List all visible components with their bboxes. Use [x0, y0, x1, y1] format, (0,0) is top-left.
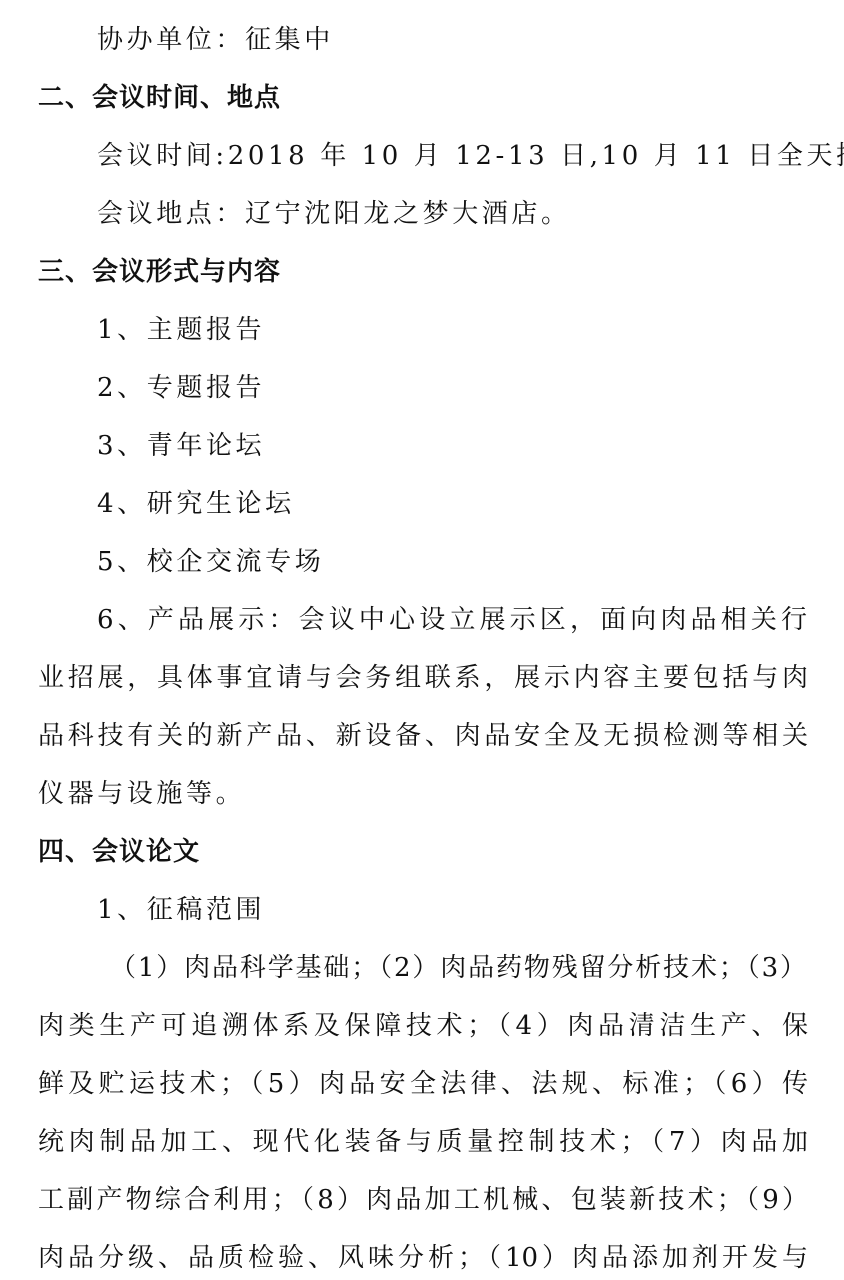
section-heading-time-venue: 二、会议时间、地点	[0, 78, 844, 118]
papers-subheading-scope: 1、征稿范围	[0, 890, 844, 930]
scope-line-6: 肉品分级、品质检验、风味分析；（10）肉品添加剂开发与	[0, 1238, 844, 1278]
format-item-3: 3、青年论坛	[0, 426, 844, 466]
format-item-5: 5、校企交流专场	[0, 542, 844, 582]
section-heading-papers: 四、会议论文	[0, 832, 844, 872]
format-item-6-line-2: 业招展，具体事宜请与会务组联系，展示内容主要包括与肉	[0, 658, 844, 698]
format-item-6-line-4: 仪器与设施等。	[0, 774, 844, 814]
scope-line-4: 统肉制品加工、现代化装备与质量控制技术；（7）肉品加	[0, 1122, 844, 1162]
co-organizer-line: 协办单位：征集中	[0, 20, 844, 60]
format-item-6-line-3: 品科技有关的新产品、新设备、肉品安全及无损检测等相关	[0, 716, 844, 756]
format-item-4: 4、研究生论坛	[0, 484, 844, 524]
format-item-1: 1、主题报告	[0, 310, 844, 350]
format-item-2: 2、专题报告	[0, 368, 844, 408]
meeting-time-line: 会议时间:2018 年 10 月 12-13 日,10 月 11 日全天报到。	[0, 136, 844, 176]
format-item-6-line-1: 6、产品展示：会议中心设立展示区，面向肉品相关行	[0, 600, 843, 640]
meeting-venue-line: 会议地点：辽宁沈阳龙之梦大酒店。	[0, 194, 844, 234]
scope-line-2: 肉类生产可追溯体系及保障技术；（4）肉品清洁生产、保	[0, 1006, 844, 1046]
document-page: 协办单位：征集中 二、会议时间、地点 会议时间:2018 年 10 月 12-1…	[0, 0, 844, 1280]
scope-line-3: 鲜及贮运技术；（5）肉品安全法律、法规、标准；（6）传	[0, 1064, 844, 1104]
scope-line-1: （1）肉品科学基础；（2）肉品药物残留分析技术；（3）	[0, 948, 842, 988]
scope-line-5: 工副产物综合利用；（8）肉品加工机械、包装新技术；（9）	[0, 1180, 844, 1220]
section-heading-format-content: 三、会议形式与内容	[0, 252, 844, 292]
